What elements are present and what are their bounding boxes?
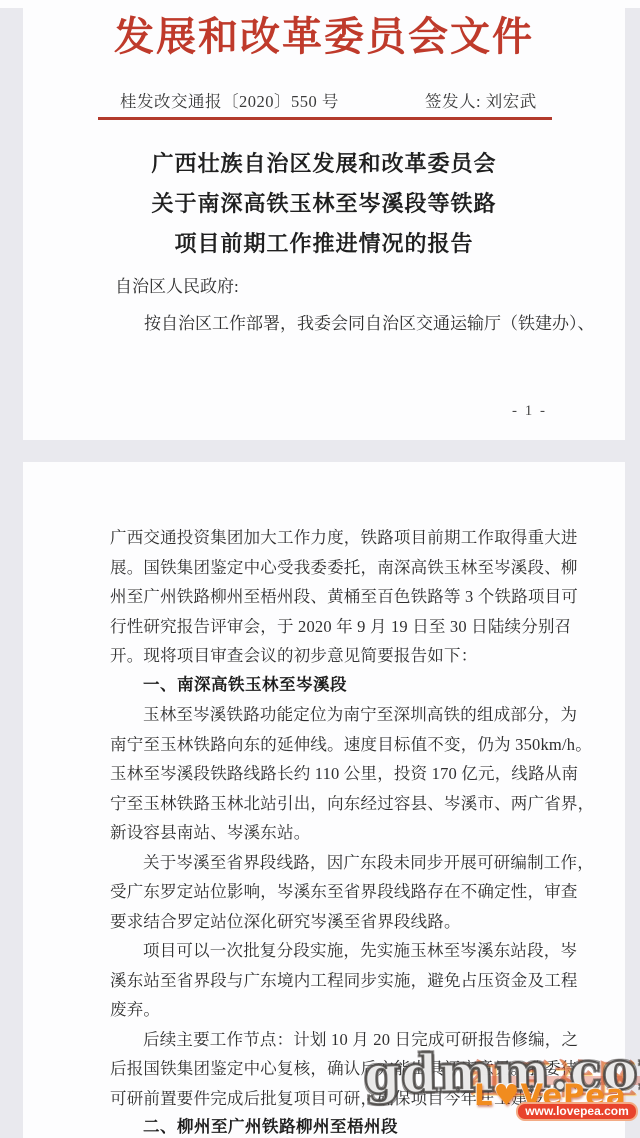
- document-page-2: 广西交通投资集团加大工作力度，铁路项目前期工作取得重大进展。国铁集团鉴定中心受我…: [23, 462, 625, 1138]
- text-line: 受广东罗定站位影响，岑溪东至省界段线路存在不确定性，审查: [110, 877, 570, 907]
- signer-name: 签发人: 刘宏武: [425, 88, 537, 112]
- document-title: 广西壮族自治区发展和改革委员会 关于南深高铁玉林至岑溪段等铁路 项目前期工作推进…: [23, 144, 625, 264]
- text-line: 溪东站至省界段与广东境内工程同步实施，避免占压资金及工程: [110, 966, 570, 996]
- top-strip: [0, 0, 640, 8]
- lovepea-url-badge: www.lovepea.com: [516, 1102, 638, 1121]
- text-line: 玉林至岑溪段铁路线路长约 110 公里，投资 170 亿元，线路从南: [110, 759, 570, 789]
- salutation: 自治区人民政府:: [115, 272, 239, 297]
- document-title-line-1: 广西壮族自治区发展和改革委员会: [23, 144, 625, 184]
- text-line: 州至广州铁路柳州至梧州段、黄桶至百色铁路等 3 个铁路项目可: [110, 582, 570, 612]
- page1-body-line: 按自治区工作部署，我委会同自治区交通运输厅（铁建办）、: [144, 309, 595, 334]
- text-line: 项目可以一次批复分段实施，先实施玉林至岑溪东站段，岑: [110, 936, 570, 966]
- document-title-line-3: 项目前期工作推进情况的报告: [23, 224, 625, 264]
- text-line: 南宁至玉林铁路向东的延伸线。速度目标值不变，仍为 350km/h。: [110, 730, 570, 760]
- text-line: 开。现将项目审查会议的初步意见简要报告如下：: [110, 641, 570, 671]
- text-line: 废弃。: [110, 995, 570, 1025]
- header-divider-rule: [98, 117, 552, 120]
- text-line: 关于岑溪至省界段线路，因广东段未同步开展可研编制工作，: [110, 848, 570, 878]
- text-line: 一、南深高铁玉林至岑溪段: [110, 671, 570, 701]
- document-page-1: 发展和改革委员会文件 桂发改交通报〔2020〕550 号 签发人: 刘宏武 广西…: [23, 0, 625, 440]
- text-line: 宁至玉林铁路玉林北站引出，向东经过容县、岑溪市、两广省界，: [110, 789, 570, 819]
- document-header-title: 发展和改革委员会文件: [23, 5, 625, 62]
- text-line: 要求结合罗定站位深化研究岑溪至省界段线路。: [110, 907, 570, 937]
- text-line: 行性研究报告评审会，于 2020 年 9 月 19 日至 30 日陆续分别召: [110, 612, 570, 642]
- text-line: 玉林至岑溪铁路功能定位为南宁至深圳高铁的组成部分，为: [110, 700, 570, 730]
- page-number: - 1 -: [512, 403, 547, 420]
- document-number: 桂发改交通报〔2020〕550 号: [120, 88, 339, 112]
- text-line: 二、柳州至广州铁路柳州至梧州段: [110, 1113, 570, 1138]
- screenshot-root: { "colors": { "accent_red": "#bf3a2b", "…: [0, 0, 640, 1138]
- text-line: 广西交通投资集团加大工作力度，铁路项目前期工作取得重大进: [110, 523, 570, 553]
- document-title-line-2: 关于南深高铁玉林至岑溪段等铁路: [23, 184, 625, 224]
- text-line: 新设容县南站、岑溪东站。: [110, 818, 570, 848]
- text-line: 展。国铁集团鉴定中心受我委委托，南深高铁玉林至岑溪段、柳: [110, 553, 570, 583]
